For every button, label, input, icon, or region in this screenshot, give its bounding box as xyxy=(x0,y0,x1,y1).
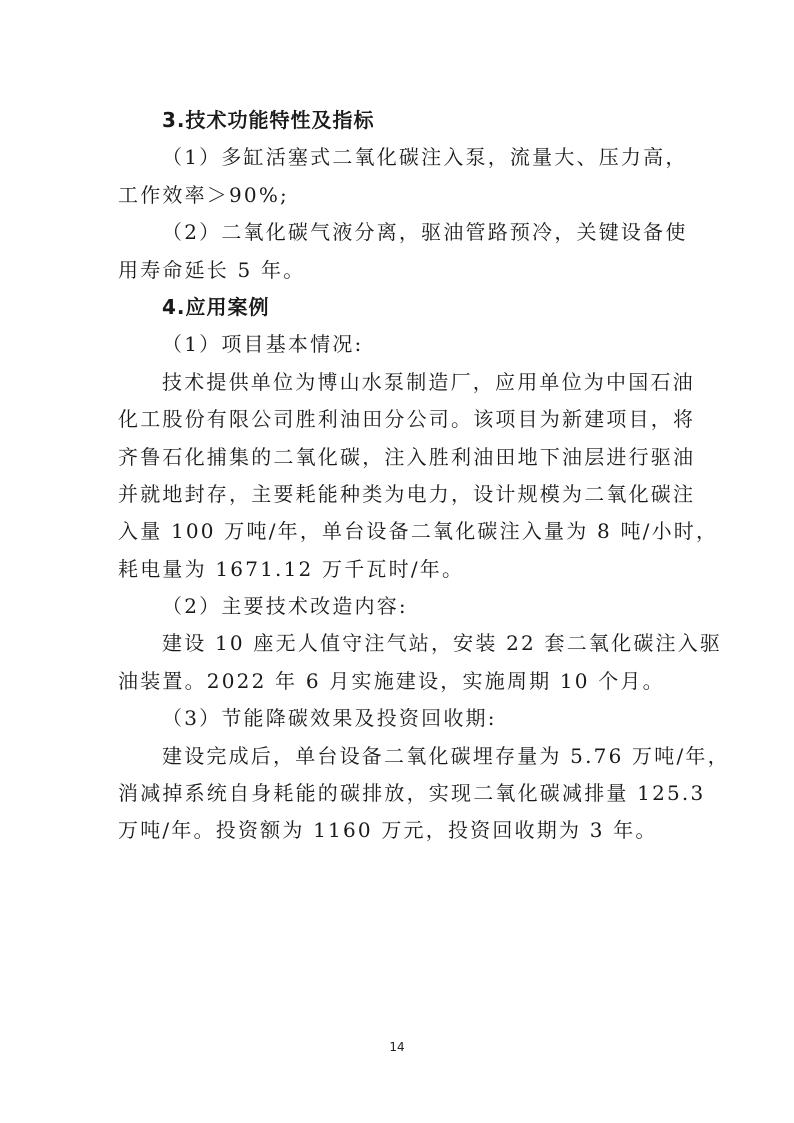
paragraph-line: 万吨/年。投资额为 1160 万元，投资回收期为 3 年。 xyxy=(118,812,682,849)
paragraph-line: 入量 100 万吨/年，单台设备二氧化碳注入量为 8 吨/小时， xyxy=(118,513,682,550)
page-number: 14 xyxy=(0,1040,794,1054)
subsection-title-project-basics: （1）项目基本情况: xyxy=(118,326,682,363)
paragraph-line: 工作效率＞90%; xyxy=(118,177,682,214)
subsection-title-savings-payback: （3）节能降碳效果及投资回收期: xyxy=(118,700,682,737)
paragraph-line: 耗电量为 1671.12 万千瓦时/年。 xyxy=(118,551,682,588)
subsection-title-retrofit-content: （2）主要技术改造内容: xyxy=(118,588,682,625)
section-heading-application-case: 4.应用案例 xyxy=(118,289,682,326)
paragraph-line: 化工股份有限公司胜利油田分公司。该项目为新建项目，将 xyxy=(118,401,682,438)
paragraph-line: 建设完成后，单台设备二氧化碳埋存量为 5.76 万吨/年， xyxy=(118,738,682,775)
paragraph-line: 并就地封存，主要耗能种类为电力，设计规模为二氧化碳注 xyxy=(118,476,682,513)
paragraph-line: （2）二氧化碳气液分离，驱油管路预冷，关键设备使 xyxy=(118,214,682,251)
document-page: 3.技术功能特性及指标 （1）多缸活塞式二氧化碳注入泵，流量大、压力高， 工作效… xyxy=(118,102,682,850)
paragraph-line: 建设 10 座无人值守注气站，安装 22 套二氧化碳注入驱 xyxy=(118,625,682,662)
paragraph-line: 用寿命延长 5 年。 xyxy=(118,252,682,289)
paragraph-line: 技术提供单位为博山水泵制造厂，应用单位为中国石油 xyxy=(118,364,682,401)
paragraph-line: （1）多缸活塞式二氧化碳注入泵，流量大、压力高， xyxy=(118,139,682,176)
paragraph-line: 消减掉系统自身耗能的碳排放，实现二氧化碳减排量 125.3 xyxy=(118,775,682,812)
paragraph-line: 齐鲁石化捕集的二氧化碳，注入胜利油田地下油层进行驱油 xyxy=(118,439,682,476)
section-heading-tech-features: 3.技术功能特性及指标 xyxy=(118,102,682,139)
paragraph-line: 油装置。2022 年 6 月实施建设，实施周期 10 个月。 xyxy=(118,663,682,700)
